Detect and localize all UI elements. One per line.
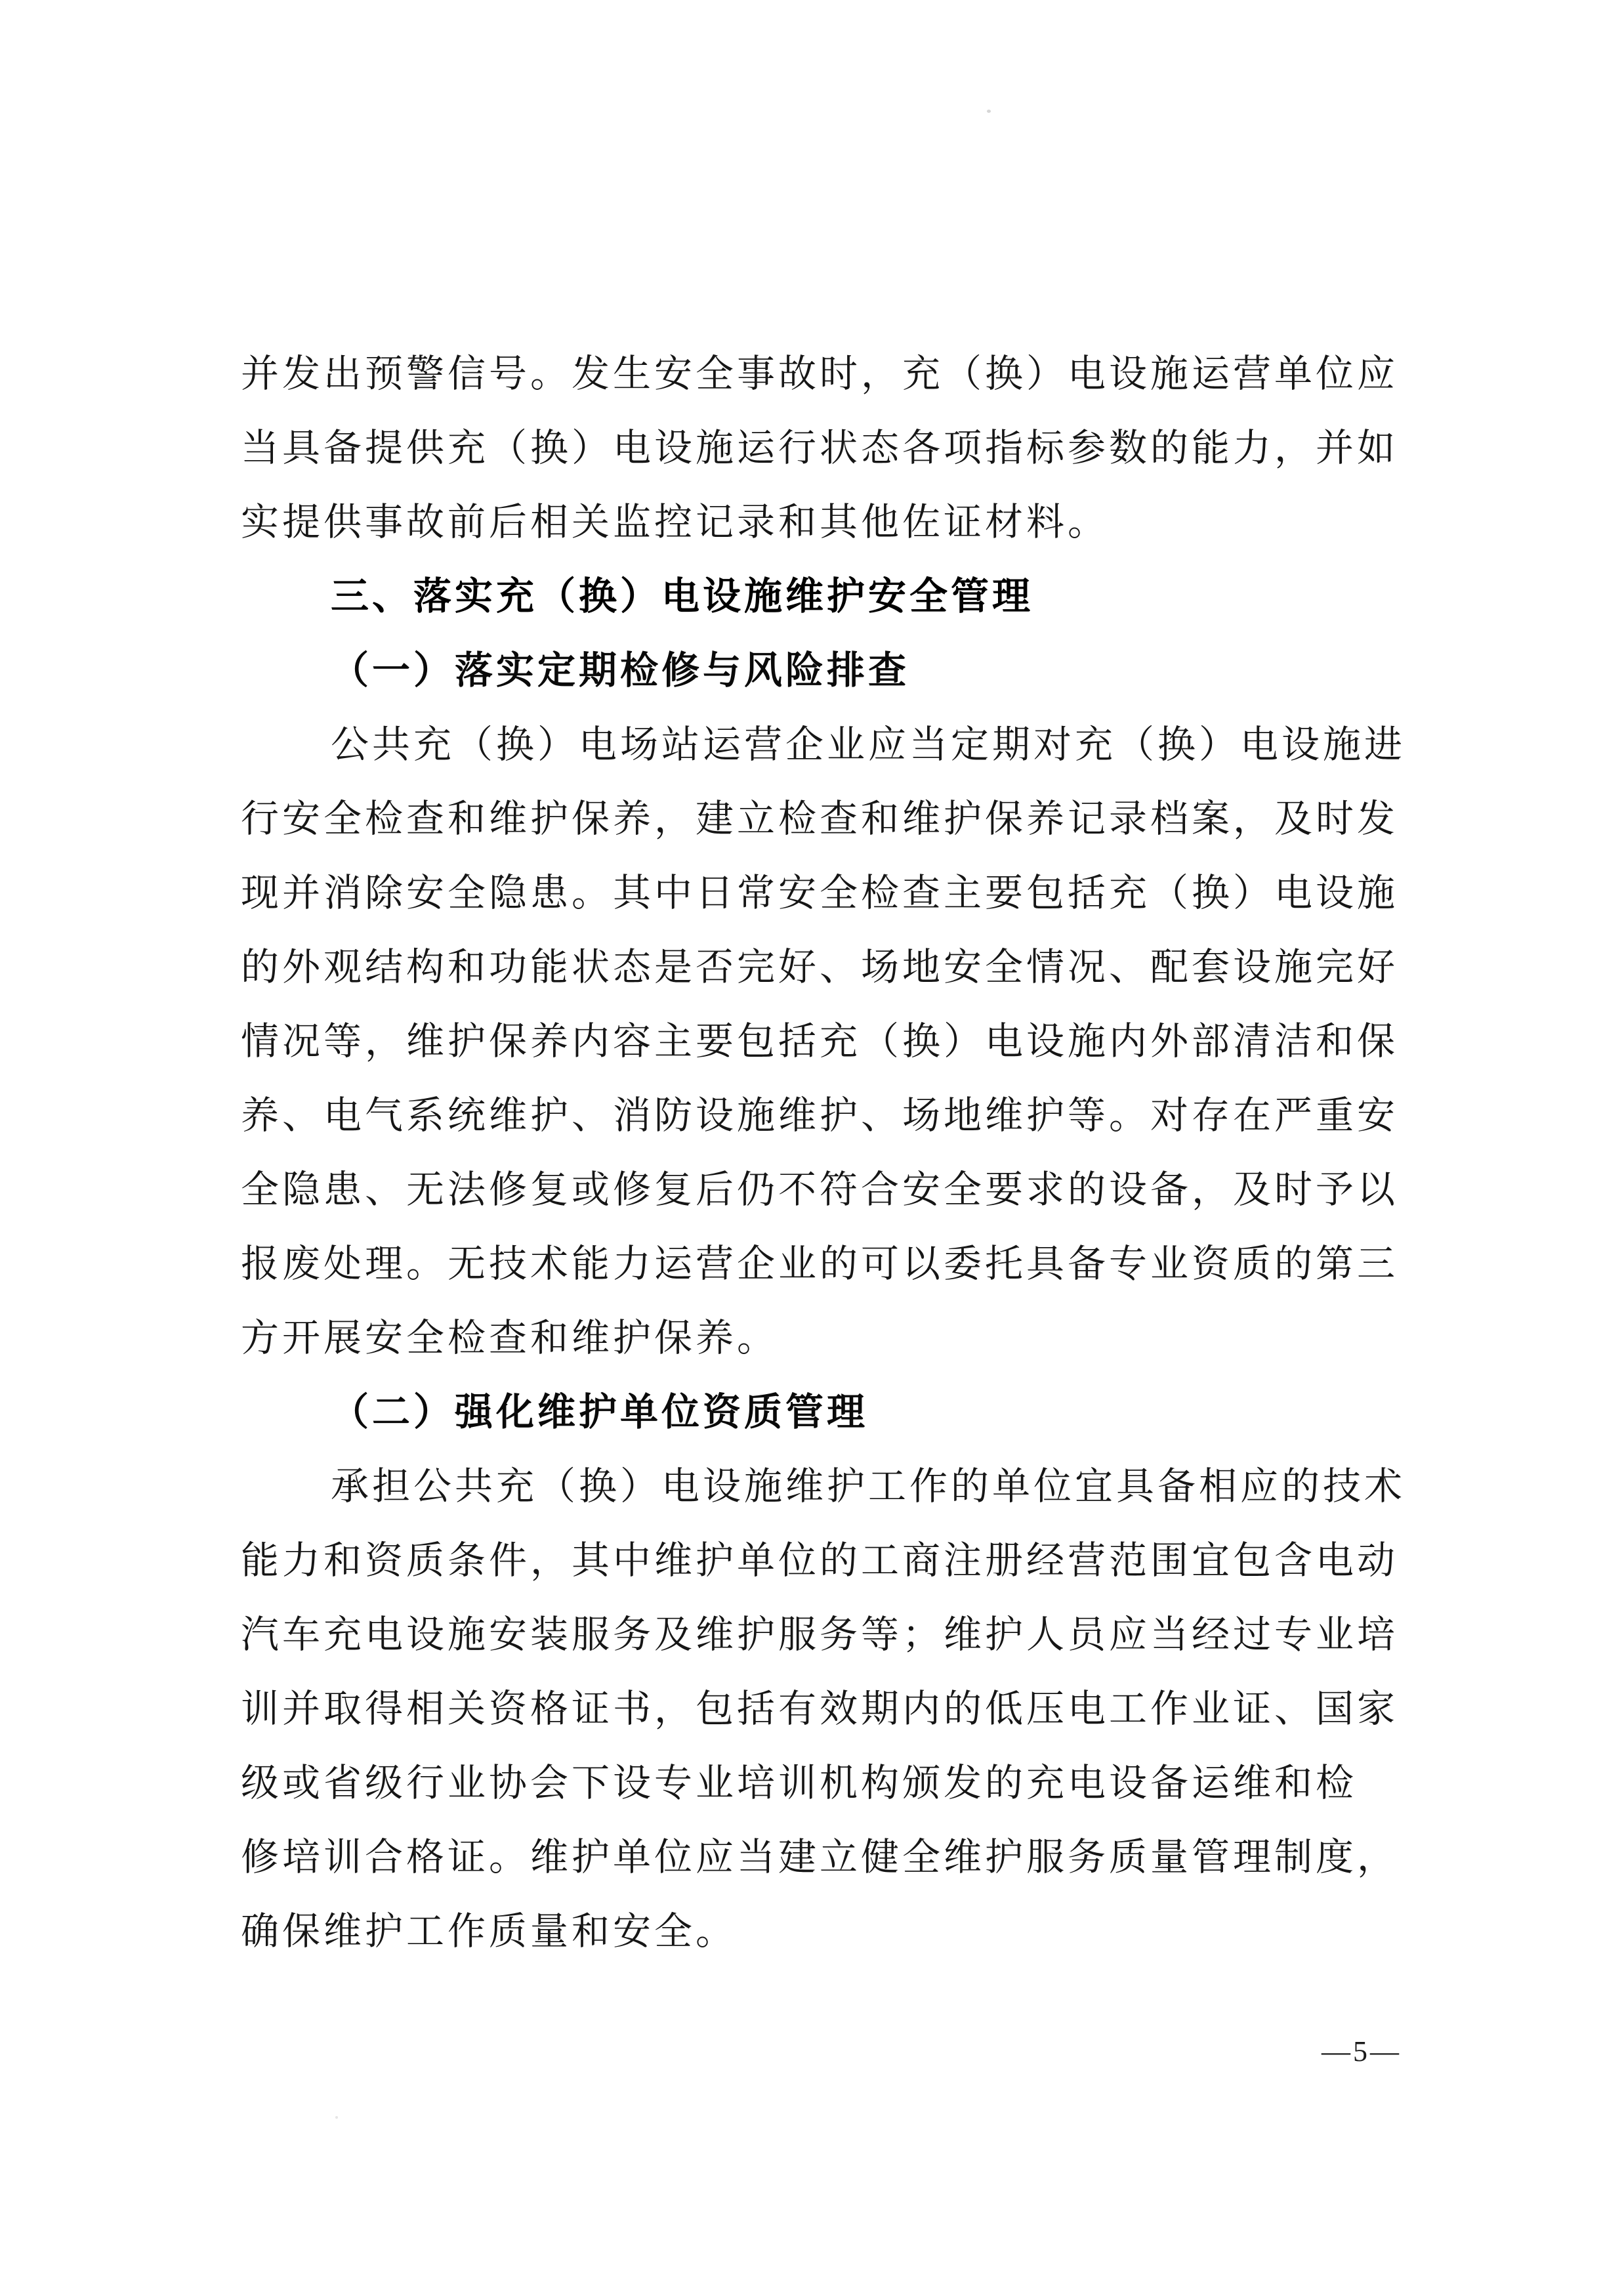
paragraph-line: 报废处理。无技术能力运营企业的可以委托具备专业资质的第三: [241, 1227, 1428, 1301]
paragraph-line: 训并取得相关资格证书，包括有效期内的低压电工作业证、国家: [241, 1672, 1428, 1746]
document-body: 并发出预警信号。发生安全事故时，充（换）电设施运营单位应 当具备提供充（换）电设…: [241, 337, 1428, 1968]
paragraph-line: 养、电气系统维护、消防设施维护、场地维护等。对存在严重安: [241, 1078, 1428, 1153]
paragraph-line: 当具备提供充（换）电设施运行状态各项指标参数的能力，并如: [241, 411, 1428, 485]
paragraph-line: 级或省级行业协会下设专业培训机构颁发的充电设备运维和检: [241, 1746, 1428, 1820]
paragraph-line: 修培训合格证。维护单位应当建立健全维护服务质量管理制度，: [241, 1820, 1428, 1894]
paragraph-line: 并发出预警信号。发生安全事故时，充（换）电设施运营单位应: [241, 337, 1428, 411]
paragraph-line: 现并消除安全隐患。其中日常安全检查主要包括充（换）电设施: [241, 856, 1428, 930]
scan-artifact-speck: [987, 110, 991, 113]
page-number: —5—: [1302, 2032, 1421, 2071]
paragraph-line: 行安全检查和维护保养，建立检查和维护保养记录档案，及时发: [241, 782, 1428, 856]
scanned-document-page: 并发出预警信号。发生安全事故时，充（换）电设施运营单位应 当具备提供充（换）电设…: [0, 0, 1624, 2292]
section-heading: 三、落实充（换）电设施维护安全管理: [241, 559, 1428, 633]
paragraph-line: 情况等，维护保养内容主要包括充（换）电设施内外部清洁和保: [241, 1004, 1428, 1078]
subsection-heading-2: （二）强化维护单位资质管理: [241, 1375, 1428, 1449]
paragraph-line: 承担公共充（换）电设施维护工作的单位宜具备相应的技术: [241, 1449, 1428, 1523]
paragraph-line: 确保维护工作质量和安全。: [241, 1894, 1428, 1968]
paragraph-line: 方开展安全检查和维护保养。: [241, 1301, 1428, 1375]
paragraph-line: 汽车充电设施安装服务及维护服务等；维护人员应当经过专业培: [241, 1598, 1428, 1672]
paragraph-line: 实提供事故前后相关监控记录和其他佐证材料。: [241, 485, 1428, 559]
scan-artifact-speck: [335, 2116, 338, 2119]
paragraph-line: 公共充（换）电场站运营企业应当定期对充（换）电设施进: [241, 708, 1428, 782]
subsection-heading-1: （一）落实定期检修与风险排查: [241, 633, 1428, 708]
paragraph-line: 能力和资质条件，其中维护单位的工商注册经营范围宜包含电动: [241, 1523, 1428, 1598]
paragraph-line: 全隐患、无法修复或修复后仍不符合安全要求的设备，及时予以: [241, 1153, 1428, 1227]
paragraph-line: 的外观结构和功能状态是否完好、场地安全情况、配套设施完好: [241, 930, 1428, 1004]
